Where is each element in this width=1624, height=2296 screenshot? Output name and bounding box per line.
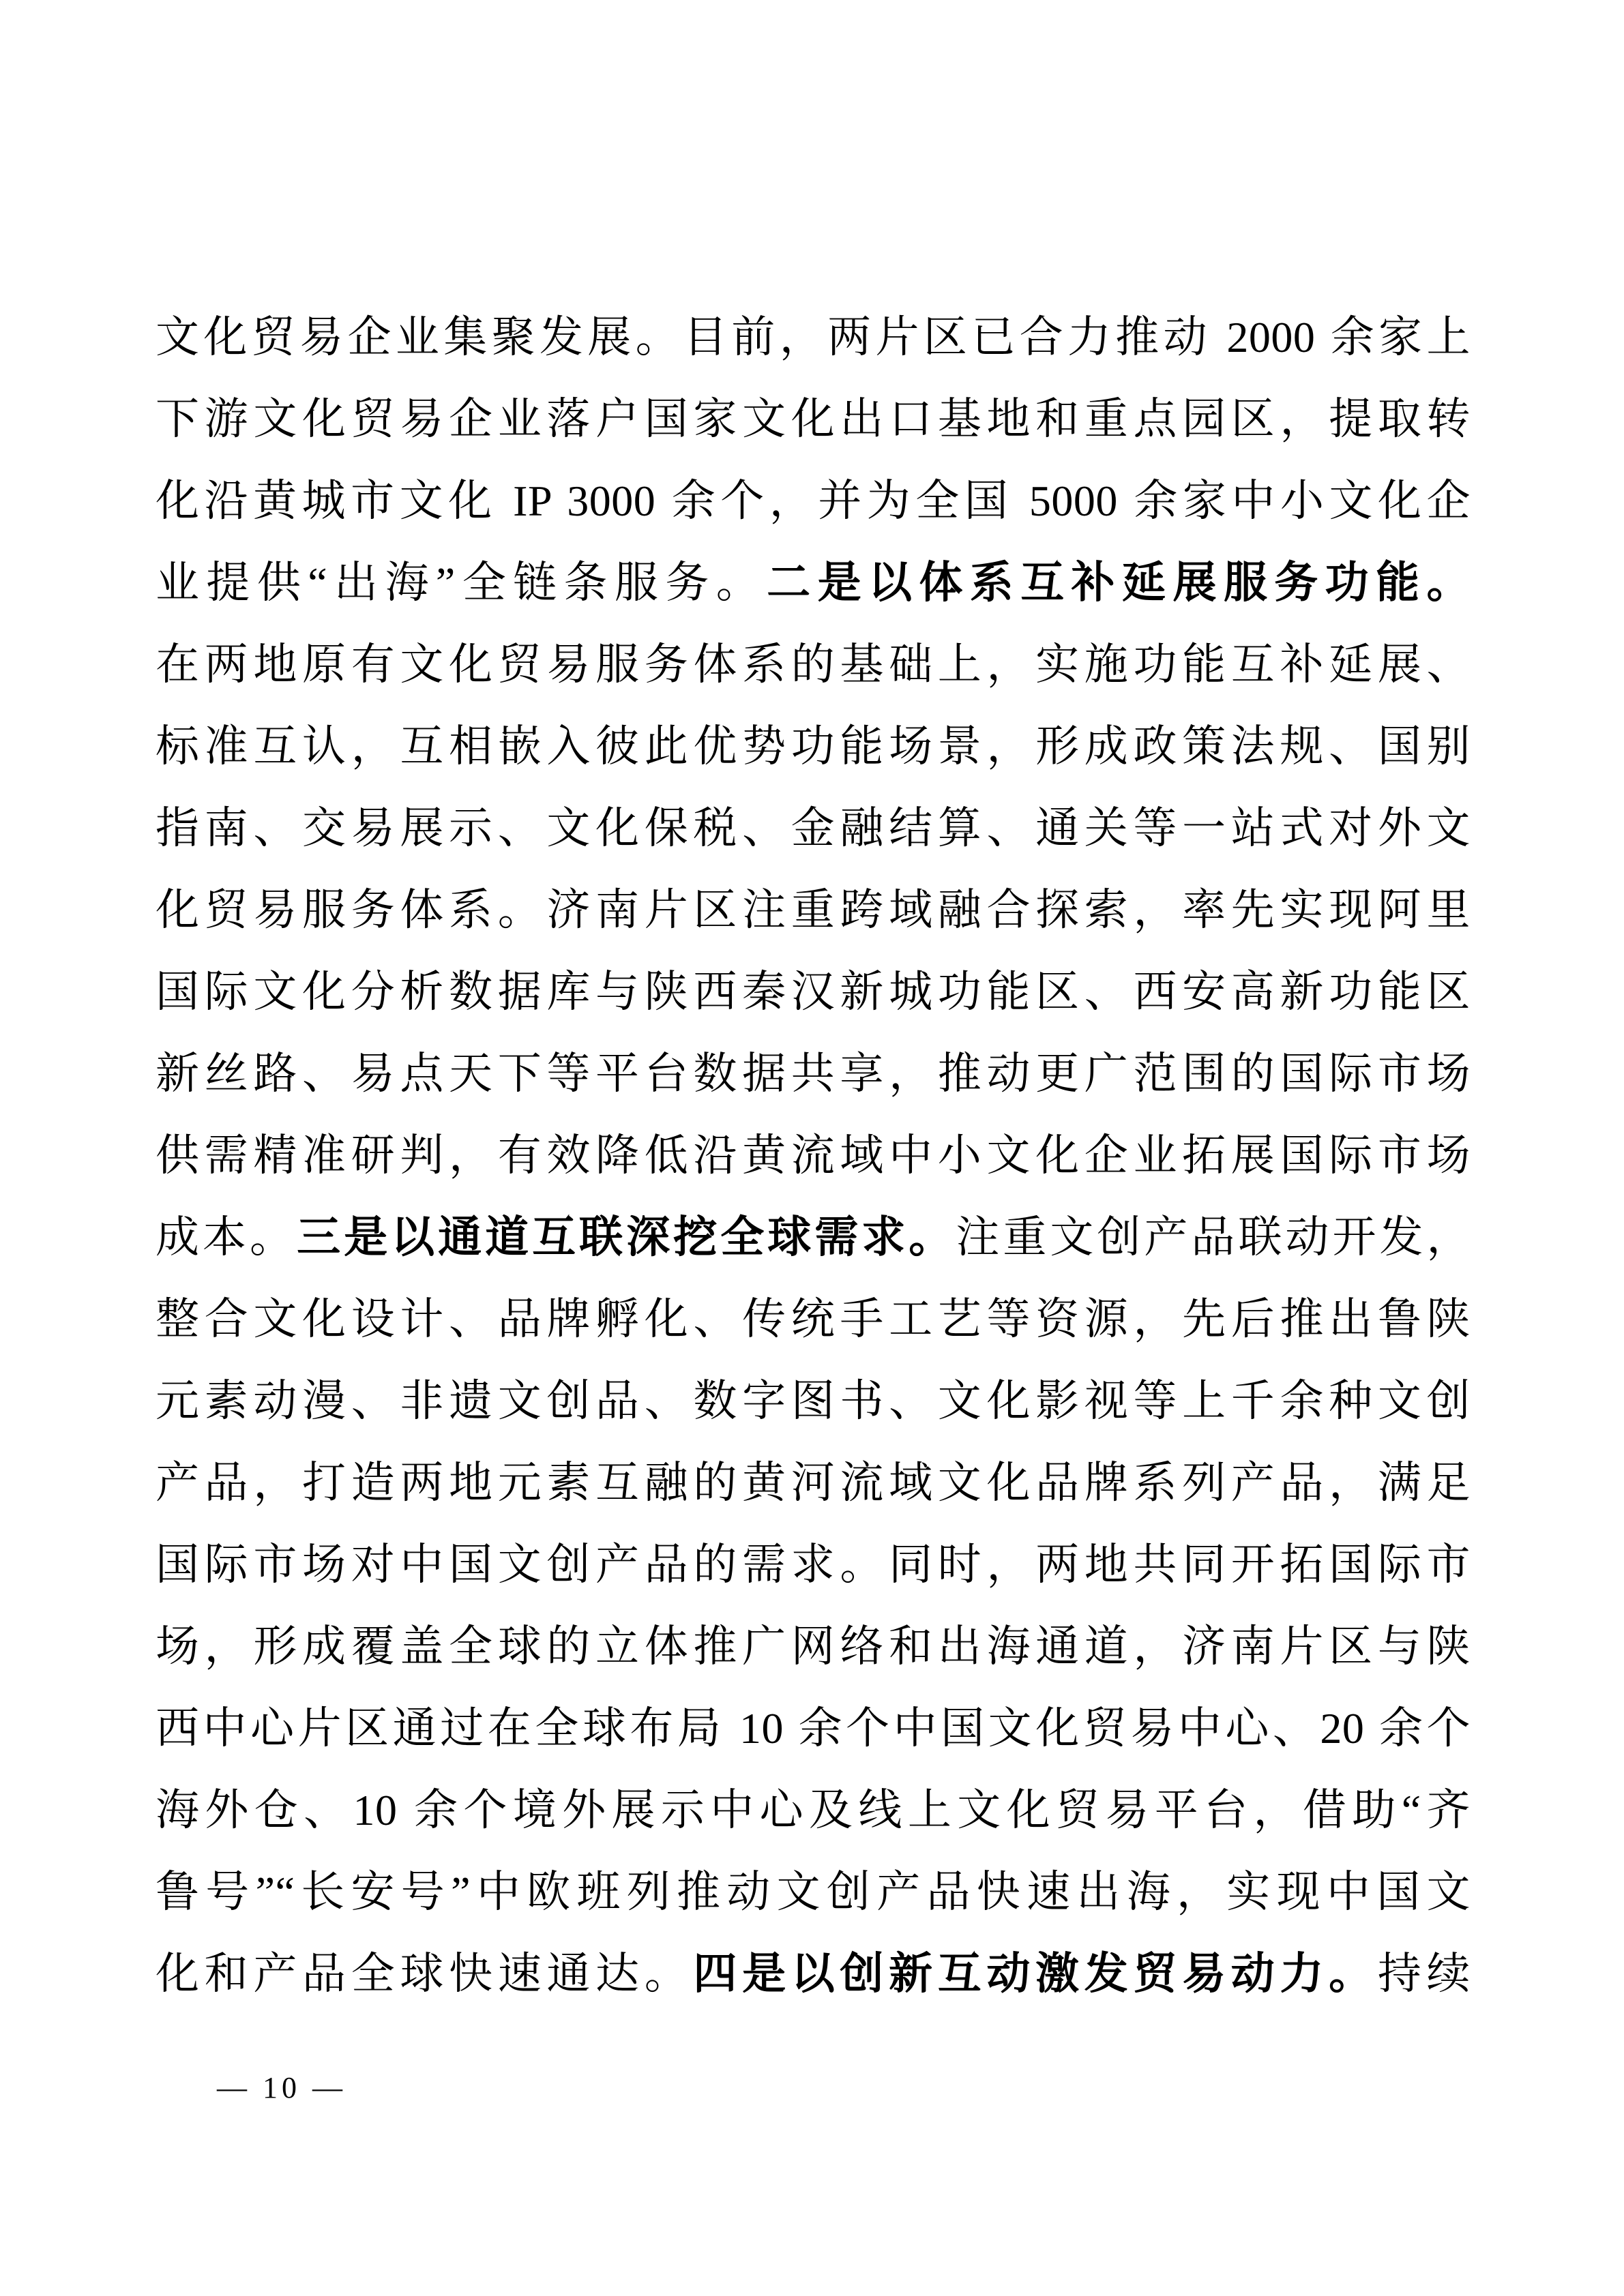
text-line: 文化贸易企业集聚发展。目前，两片区已合力推动 2000 余家上 (156, 297, 1471, 378)
text-line: 下游文化贸易企业落户国家文化出口基地和重点园区，提取转 (156, 378, 1471, 460)
text-line: 元素动漫、非遗文创品、数字图书、文化影视等上千余种文创 (156, 1360, 1471, 1442)
body-segment: 指南、交易展示、文化保税、金融结算、通关等一站式对外文 (156, 804, 1471, 852)
document-page: 文化贸易企业集聚发展。目前，两片区已合力推动 2000 余家上下游文化贸易企业落… (0, 0, 1624, 2296)
text-line: 国际市场对中国文创产品的需求。同时，两地共同开拓国际市 (156, 1524, 1471, 1606)
body-segment: 持续 (1378, 1950, 1471, 1998)
body-segment: 整合文化设计、品牌孵化、传统手工艺等资源，先后推出鲁陕 (156, 1295, 1471, 1343)
text-line: 在两地原有文化贸易服务体系的基础上，实施功能互补延展、 (156, 624, 1471, 706)
page-number: — 10 — (217, 2070, 346, 2105)
body-segment: 在两地原有文化贸易服务体系的基础上，实施功能互补延展、 (156, 640, 1471, 689)
emphasis-text: 四是以创新互动激发贸易动力。 (693, 1950, 1377, 1998)
body-segment: 文化贸易企业集聚发展。目前，两片区已合力推动 2000 余家上 (156, 313, 1471, 361)
text-line: 化贸易服务体系。济南片区注重跨域融合探索，率先实现阿里 (156, 869, 1471, 951)
text-line: 西中心片区通过在全球布局 10 余个中国文化贸易中心、20 余个 (156, 1688, 1471, 1770)
body-segment: 西中心片区通过在全球布局 10 余个中国文化贸易中心、20 余个 (156, 1704, 1471, 1753)
body-segment: 标准互认，互相嵌入彼此优势功能场景，形成政策法规、国别 (156, 722, 1471, 771)
body-segment: 国际市场对中国文创产品的需求。同时，两地共同开拓国际市 (156, 1540, 1471, 1589)
body-segment: 化贸易服务体系。济南片区注重跨域融合探索，率先实现阿里 (156, 886, 1471, 934)
body-segment: 供需精准研判，有效降低沿黄流域中小文化企业拓展国际市场 (156, 1131, 1471, 1180)
text-line: 海外仓、10 余个境外展示中心及线上文化贸易平台，借助“齐 (156, 1770, 1471, 1851)
body-segment: 注重文创产品联动开发， (956, 1213, 1471, 1262)
text-line: 新丝路、易点天下等平台数据共享，推动更广范围的国际市场 (156, 1033, 1471, 1115)
body-segment: 国际文化分析数据库与陕西秦汉新城功能区、西安高新功能区 (156, 968, 1471, 1016)
body-segment: 化和产品全球快速通达。 (156, 1950, 693, 1998)
body-segment: 鲁号”“长安号”中欧班列推动文创产品快速出海，实现中国文 (156, 1868, 1471, 1916)
body-segment: 成本。 (156, 1213, 297, 1262)
text-line: 化沿黄城市文化 IP 3000 余个，并为全国 5000 余家中小文化企 (156, 460, 1471, 542)
text-line: 标准互认，互相嵌入彼此优势功能场景，形成政策法规、国别 (156, 706, 1471, 788)
body-segment: 业提供“出海”全链条服务。 (156, 558, 767, 607)
emphasis-text: 三是以通道互联深挖全球需求。 (297, 1213, 956, 1262)
body-segment: 产品，打造两地元素互融的黄河流域文化品牌系列产品，满足 (156, 1459, 1471, 1507)
body-segment: 元素动漫、非遗文创品、数字图书、文化影视等上千余种文创 (156, 1377, 1471, 1425)
body-text: 文化贸易企业集聚发展。目前，两片区已合力推动 2000 余家上下游文化贸易企业落… (156, 297, 1471, 2015)
text-line: 供需精准研判，有效降低沿黄流域中小文化企业拓展国际市场 (156, 1115, 1471, 1197)
text-line: 成本。三是以通道互联深挖全球需求。注重文创产品联动开发， (156, 1197, 1471, 1279)
text-line: 业提供“出海”全链条服务。二是以体系互补延展服务功能。 (156, 542, 1471, 624)
body-segment: 下游文化贸易企业落户国家文化出口基地和重点园区，提取转 (156, 395, 1471, 443)
text-line: 鲁号”“长安号”中欧班列推动文创产品快速出海，实现中国文 (156, 1851, 1471, 1933)
body-segment: 化沿黄城市文化 IP 3000 余个，并为全国 5000 余家中小文化企 (156, 477, 1471, 525)
page-number-text: — 10 — (217, 2071, 346, 2104)
text-line: 国际文化分析数据库与陕西秦汉新城功能区、西安高新功能区 (156, 951, 1471, 1033)
text-line: 产品，打造两地元素互融的黄河流域文化品牌系列产品，满足 (156, 1442, 1471, 1524)
emphasis-text: 二是以体系互补延展服务功能。 (767, 558, 1471, 607)
text-line: 整合文化设计、品牌孵化、传统手工艺等资源，先后推出鲁陕 (156, 1279, 1471, 1360)
body-segment: 场，形成覆盖全球的立体推广网络和出海通道，济南片区与陕 (156, 1622, 1471, 1671)
text-line: 场，形成覆盖全球的立体推广网络和出海通道，济南片区与陕 (156, 1606, 1471, 1688)
body-segment: 新丝路、易点天下等平台数据共享，推动更广范围的国际市场 (156, 1049, 1471, 1098)
body-segment: 海外仓、10 余个境外展示中心及线上文化贸易平台，借助“齐 (156, 1786, 1471, 1834)
text-line: 化和产品全球快速通达。四是以创新互动激发贸易动力。持续 (156, 1933, 1471, 2015)
text-line: 指南、交易展示、文化保税、金融结算、通关等一站式对外文 (156, 788, 1471, 869)
